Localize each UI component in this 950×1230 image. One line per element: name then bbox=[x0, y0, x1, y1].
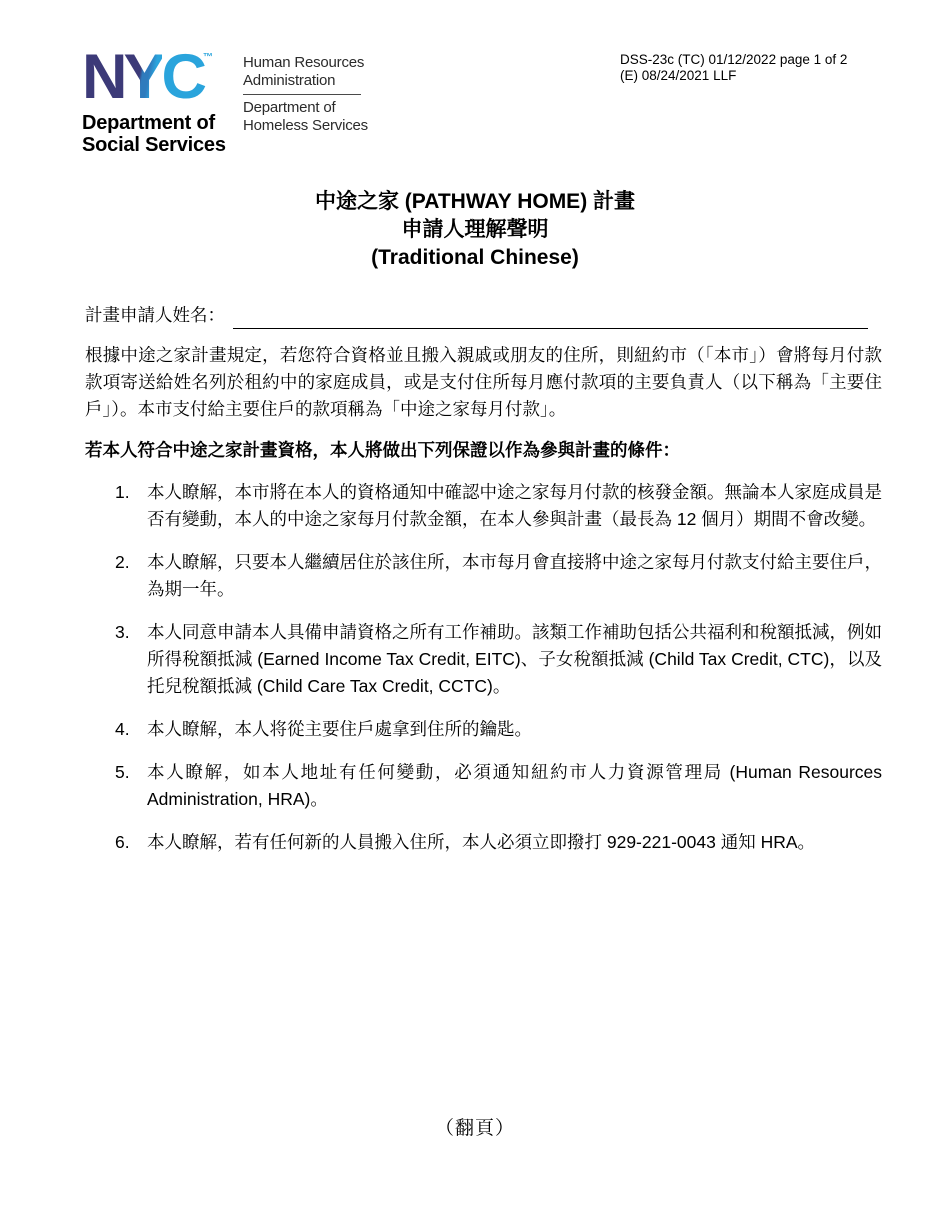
applicant-name-row: 計畫申請人姓名： bbox=[85, 302, 882, 329]
condition-item: 2. 本人瞭解，只要本人繼續居住於該住所，本市每月會直接將中途之家每月付款支付給… bbox=[115, 549, 882, 603]
condition-text: 本人瞭解，如本人地址有任何變動，必須通知紐約市人力資源管理局 (Human Re… bbox=[147, 759, 882, 813]
document-id-line2: (E) 08/24/2021 LLF bbox=[620, 68, 847, 84]
condition-item: 4. 本人瞭解，本人将從主要住戶處拿到住所的鑰匙。 bbox=[115, 716, 882, 743]
conditions-heading: 若本人符合中途之家計畫資格，本人將做出下列保證以作為參與計畫的條件： bbox=[85, 437, 882, 464]
hra-name-line1: Human Resources bbox=[243, 54, 368, 72]
applicant-name-blank-line[interactable] bbox=[233, 302, 868, 329]
condition-number: 6. bbox=[115, 829, 147, 856]
condition-number: 4. bbox=[115, 716, 147, 743]
nyc-logo-letter-y: Y bbox=[124, 42, 162, 112]
nyc-logo-letter-n: N bbox=[82, 42, 124, 112]
intro-paragraph: 根據中途之家計畫規定，若您符合資格並且搬入親戚或朋友的住所，則紐約市（「本市」）… bbox=[85, 342, 882, 423]
dhs-name-line2: Homeless Services bbox=[243, 117, 368, 135]
document-page: NYC™ Department of Social Services Human… bbox=[0, 0, 950, 1230]
agency-names: Human Resources Administration Departmen… bbox=[243, 54, 368, 135]
document-title: 中途之家 (PATHWAY HOME) 計畫 申請人理解聲明 (Traditio… bbox=[0, 188, 950, 272]
trademark-symbol: ™ bbox=[203, 52, 213, 63]
condition-text: 本人同意申請本人具備申請資格之所有工作補助。該類工作補助包括公共福利和稅額抵減，… bbox=[147, 619, 882, 700]
document-id: DSS-23c (TC) 01/12/2022 page 1 of 2 (E) … bbox=[620, 52, 847, 84]
condition-text: 本人瞭解，只要本人繼續居住於該住所，本市每月會直接將中途之家每月付款支付給主要住… bbox=[147, 549, 882, 603]
applicant-name-label: 計畫申請人姓名： bbox=[85, 302, 225, 329]
document-title-line1: 中途之家 (PATHWAY HOME) 計畫 bbox=[0, 188, 950, 216]
condition-item: 5. 本人瞭解，如本人地址有任何變動，必須通知紐約市人力資源管理局 (Human… bbox=[115, 759, 882, 813]
nyc-logo-letter-c: C bbox=[162, 42, 204, 112]
condition-number: 3. bbox=[115, 619, 147, 700]
document-title-line3: (Traditional Chinese) bbox=[0, 244, 950, 272]
document-body: 計畫申請人姓名： 根據中途之家計畫規定，若您符合資格並且搬入親戚或朋友的住所，則… bbox=[85, 302, 882, 872]
document-id-line1: DSS-23c (TC) 01/12/2022 page 1 of 2 bbox=[620, 52, 847, 68]
dss-agency-name-line2: Social Services bbox=[82, 134, 226, 156]
condition-text: 本人瞭解，本市將在本人的資格通知中確認中途之家每月付款的核發金額。無論本人家庭成… bbox=[147, 479, 882, 533]
condition-number: 5. bbox=[115, 759, 147, 813]
document-title-line2: 申請人理解聲明 bbox=[0, 216, 950, 244]
conditions-list: 1. 本人瞭解，本市將在本人的資格通知中確認中途之家每月付款的核發金額。無論本人… bbox=[85, 479, 882, 856]
dss-agency-name-line1: Department of bbox=[82, 112, 226, 134]
condition-item: 6. 本人瞭解，若有任何新的人員搬入住所，本人必須立即撥打 929-221-00… bbox=[115, 829, 882, 856]
condition-item: 1. 本人瞭解，本市將在本人的資格通知中確認中途之家每月付款的核發金額。無論本人… bbox=[115, 479, 882, 533]
turn-page-note: （翻頁） bbox=[0, 1113, 950, 1140]
condition-number: 2. bbox=[115, 549, 147, 603]
condition-text: 本人瞭解，若有任何新的人員搬入住所，本人必須立即撥打 929-221-0043 … bbox=[147, 829, 882, 856]
hra-name-line2: Administration bbox=[243, 72, 368, 90]
nyc-logo: NYC™ bbox=[82, 46, 213, 109]
agency-divider bbox=[243, 94, 361, 95]
condition-item: 3. 本人同意申請本人具備申請資格之所有工作補助。該類工作補助包括公共福利和稅額… bbox=[115, 619, 882, 700]
dhs-name-line1: Department of bbox=[243, 99, 368, 117]
dss-agency-name: Department of Social Services bbox=[82, 112, 226, 156]
condition-text: 本人瞭解，本人将從主要住戶處拿到住所的鑰匙。 bbox=[147, 716, 882, 743]
condition-number: 1. bbox=[115, 479, 147, 533]
